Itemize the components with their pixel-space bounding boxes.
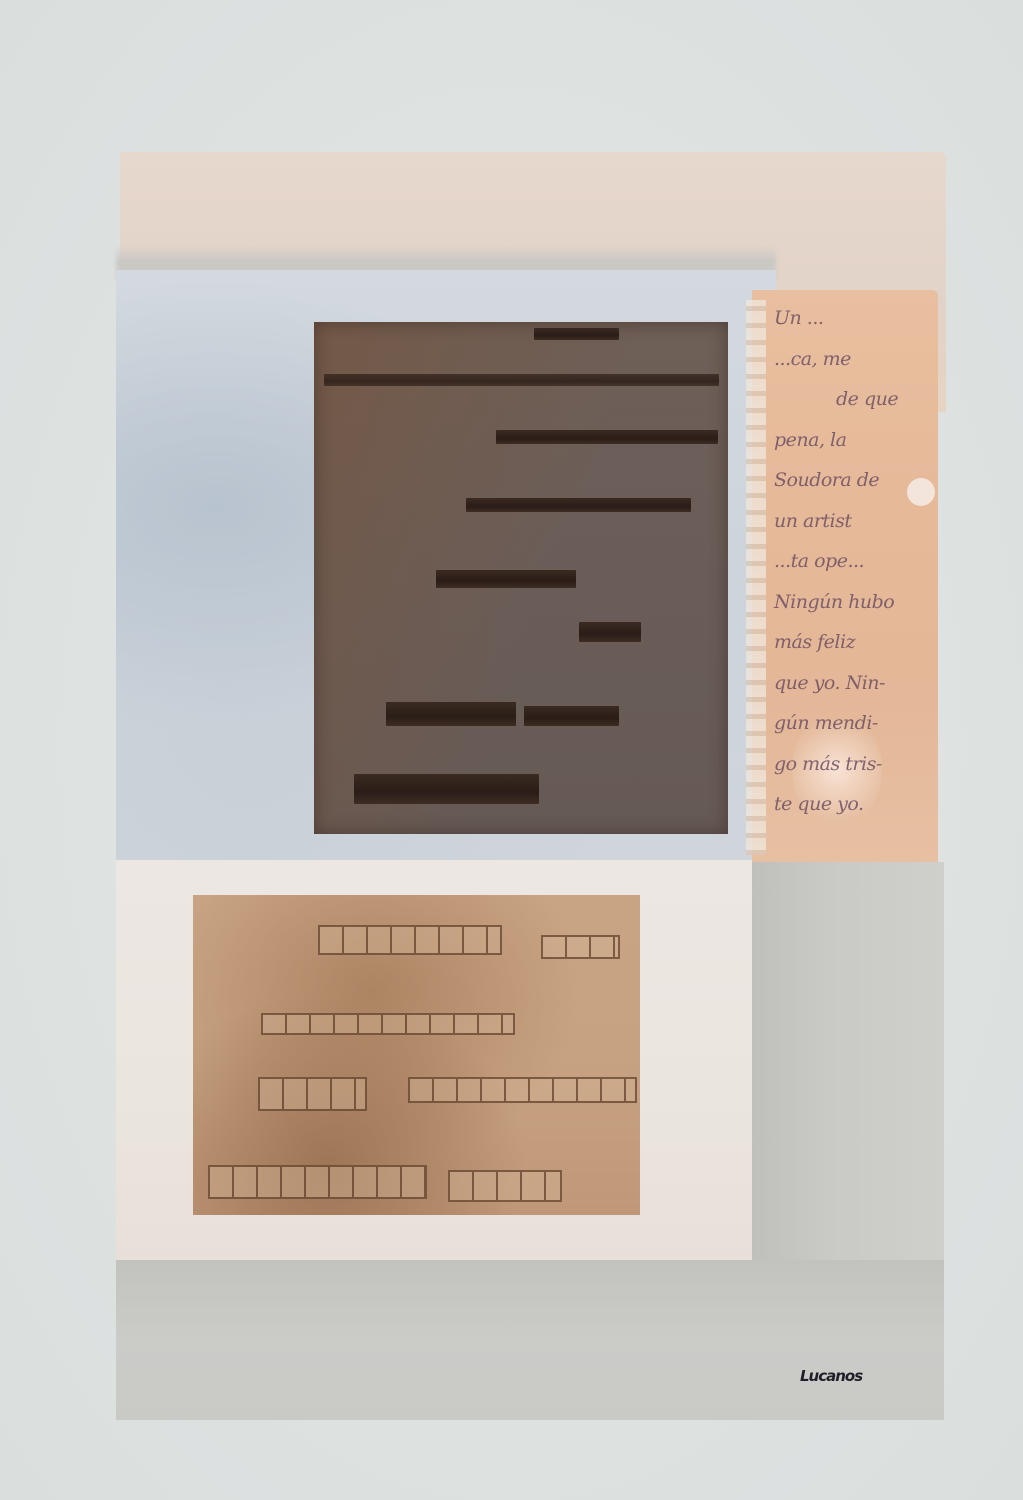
sketched-brick-row	[408, 1077, 637, 1103]
sketched-brick-row	[258, 1077, 367, 1111]
dark-bar	[354, 774, 539, 804]
handwritten-text-strip: Un ... ...ca, me de que pena, la Soudora…	[752, 290, 938, 865]
grey-l-band-horizontal	[116, 1260, 944, 1420]
dark-bars-panel	[314, 322, 728, 834]
artist-signature: Lucanos	[800, 1367, 862, 1385]
poem-line: ...ta ope...	[774, 541, 934, 582]
poem-line: un artist	[774, 501, 934, 542]
handwritten-poem: Un ... ...ca, me de que pena, la Soudora…	[774, 298, 934, 825]
sketched-brick-row	[208, 1165, 427, 1199]
dark-bar	[466, 498, 691, 512]
poem-line: de que	[774, 379, 934, 420]
poem-line: Ningún hubo	[774, 582, 934, 623]
poem-line: te que yo.	[774, 784, 934, 825]
dark-bar	[579, 622, 641, 642]
sketched-brick-row	[448, 1170, 562, 1202]
sketched-brick-row	[318, 925, 502, 955]
poem-line: Soudora de	[774, 460, 934, 501]
dark-bar	[496, 430, 718, 444]
sketched-brick-row	[261, 1013, 515, 1035]
poem-line: gún mendi-	[774, 703, 934, 744]
dark-bar	[386, 702, 516, 726]
poem-line: Un ...	[774, 298, 934, 339]
sketched-brick-row	[541, 935, 620, 959]
poem-line: pena, la	[774, 420, 934, 461]
poem-line: ...ca, me	[774, 339, 934, 380]
torn-paper-edge	[746, 300, 766, 855]
dark-bar	[436, 570, 576, 588]
poem-line: que yo. Nin-	[774, 663, 934, 704]
dark-bar	[524, 706, 619, 726]
poem-line: go más tris-	[774, 744, 934, 785]
tan-bricks-panel	[193, 895, 640, 1215]
poem-line: más feliz	[774, 622, 934, 663]
dark-bar	[534, 328, 619, 340]
dark-bar	[324, 374, 719, 386]
